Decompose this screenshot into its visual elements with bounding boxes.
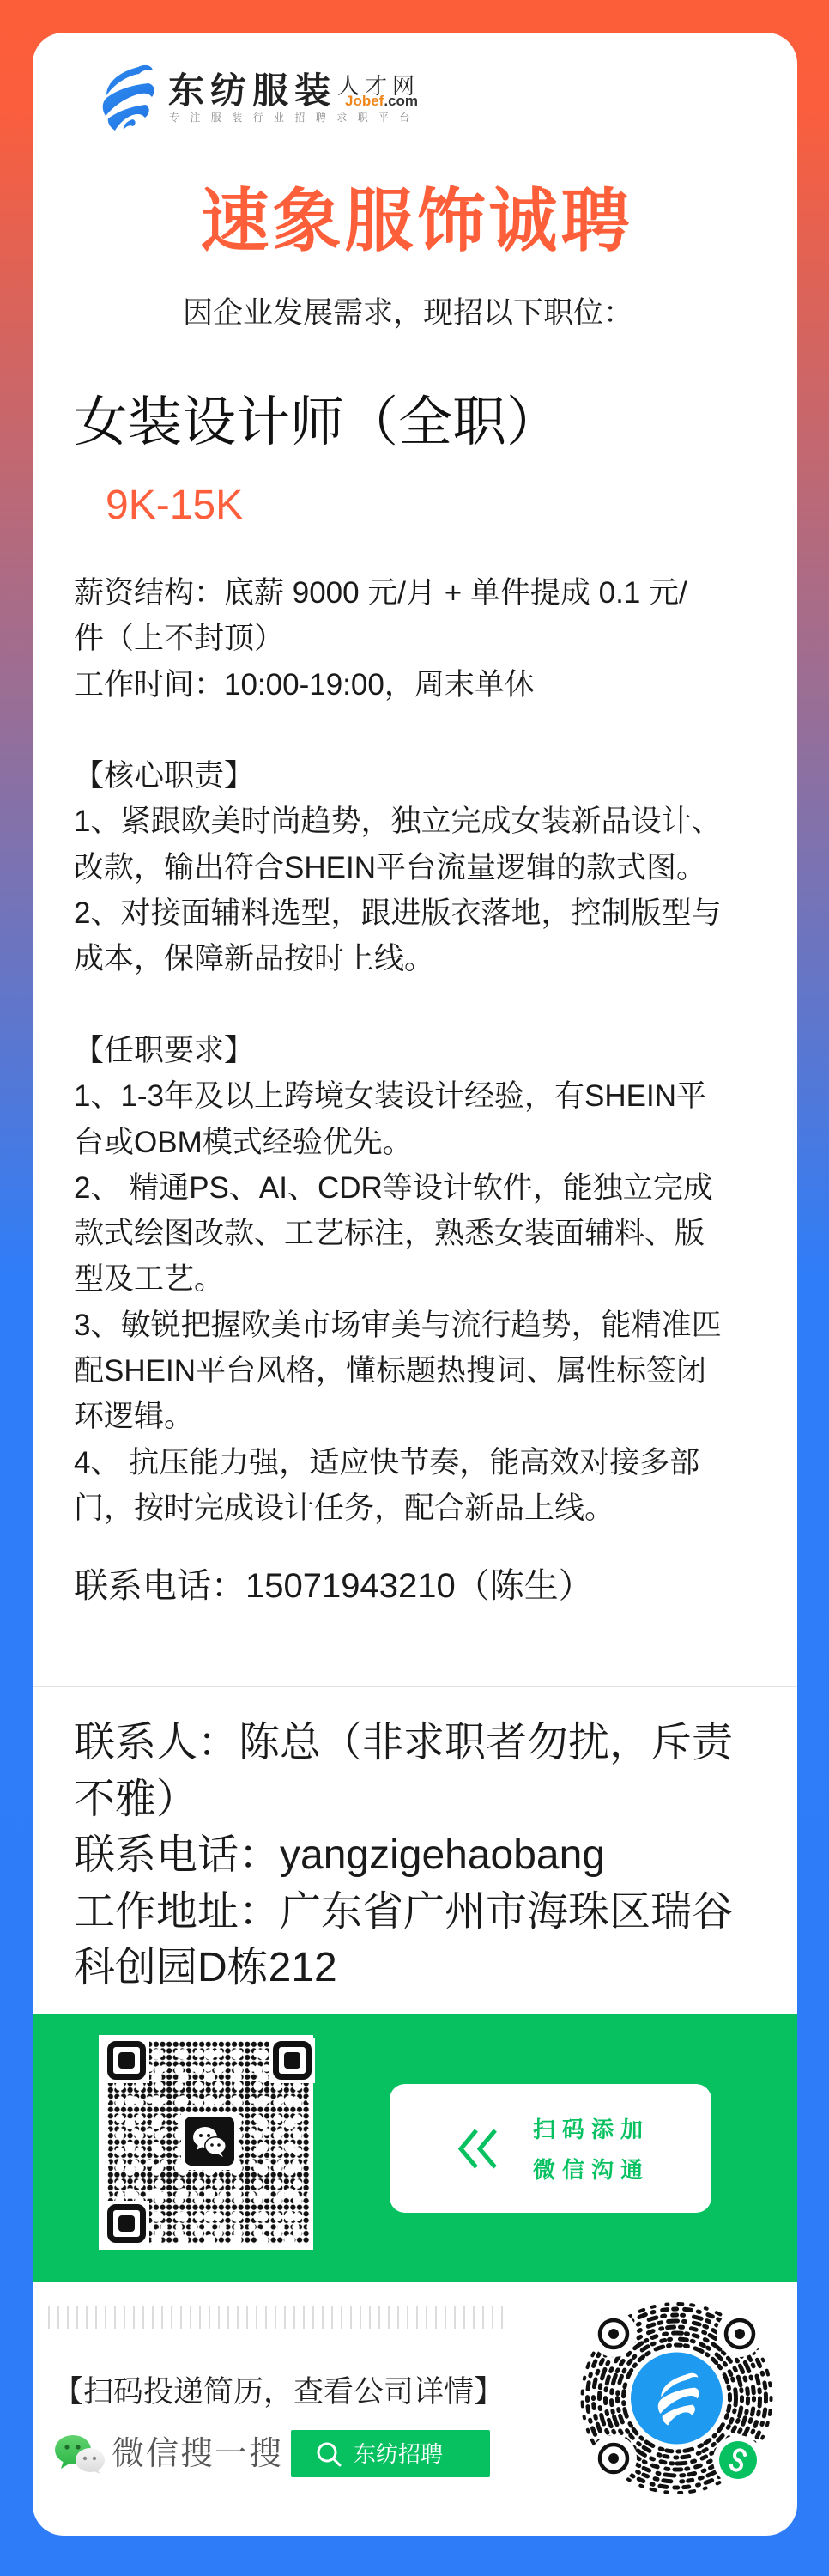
cta-line-1: 扫码添加 (533, 2110, 650, 2150)
double-chevron-left-icon (454, 2128, 501, 2170)
logo-domain-rest: .com (384, 93, 418, 109)
wechat-search-box[interactable]: 东纺招聘 (291, 2430, 490, 2477)
logo-domain-highlight: Jobef (345, 93, 384, 109)
spacer (74, 982, 721, 1028)
wechat-qr-code (99, 2035, 313, 2250)
wechat-contact-band: 扫码添加微信沟通 (33, 2014, 797, 2282)
logo-tagline: 专注服装行业招聘求职平台 (169, 112, 421, 124)
contact-person-line: 联系人：陈总（非求职者勿扰，斥责 (74, 1715, 733, 1771)
job-title: 女装设计师（全职） (74, 390, 560, 455)
duty-line: 2、对接面辅料选型，跟进版衣落地，控制版型与 (74, 890, 721, 936)
cta-line-2: 微信沟通 (533, 2150, 650, 2190)
search-icon (315, 2440, 342, 2468)
requirement-line: 3、敏锐把握欧美市场审美与流行趋势，能精准匹 (74, 1303, 721, 1348)
requirement-line: 1、1-3年及以上跨境女装设计经验，有SHEIN平 (74, 1073, 721, 1119)
wechat-search-label: 微信搜一搜 (112, 2434, 283, 2474)
duty-line: 改款，输出符合SHEIN平台流量逻辑的款式图。 (74, 845, 721, 890)
requirement-line: 门，按时完成设计任务，配合新品上线。 (74, 1485, 721, 1531)
requirement-line: 4、 抗压能力强，适应快节奏，能高效对接多部 (74, 1440, 721, 1485)
contact-phone-line: 联系电话：yangzigehaobang (74, 1827, 733, 1884)
requirements-heading: 【任职要求】 (74, 1028, 721, 1073)
duty-line: 1、紧跟欧美时尚趋势，独立完成女装新品设计、 (74, 799, 721, 844)
add-wechat-button[interactable]: 扫码添加微信沟通 (390, 2084, 711, 2213)
pay-line: 件（上不封顶） (74, 616, 721, 661)
qr-finder-bottom-left (104, 2201, 149, 2246)
requirement-line: 2、 精通PS、AI、CDR等设计软件，能独立完成 (74, 1165, 721, 1211)
jobef-globe-logo-icon (99, 64, 157, 131)
intro-text: 因企业发展需求，现招以下职位： (33, 295, 784, 331)
duty-line: 成本，保障新品按时上线。 (74, 936, 721, 981)
contact-info: 联系人：陈总（非求职者勿扰，斥责 不雅） 联系电话：yangzigehaoban… (74, 1715, 733, 1996)
work-address-line: 工作地址：广东省广州市海珠区瑞谷 (74, 1884, 733, 1941)
salary-range: 9K-15K (106, 481, 243, 531)
wechat-logo-tile (185, 2117, 234, 2166)
qr-center-logo (181, 2113, 238, 2170)
contact-person-line: 不雅） (74, 1771, 733, 1828)
requirement-line: 台或OBM模式经验优先。 (74, 1120, 721, 1165)
requirement-line: 环逻辑。 (74, 1394, 721, 1439)
spacer (74, 708, 721, 753)
pay-line: 薪资结构：底薪 9000 元/月 + 单件提成 0.1 元/ (74, 570, 721, 616)
qr-finder-top-left (104, 2038, 149, 2083)
section-divider (33, 1686, 797, 1687)
qr-finder-top-right (269, 2038, 315, 2083)
duties-heading: 【核心职责】 (74, 753, 721, 799)
decorative-stripes (48, 2306, 509, 2329)
job-description: 薪资结构：底薪 9000 元/月 + 单件提成 0.1 元/ 件（上不封顶） 工… (74, 570, 721, 1531)
cta-label: 扫码添加微信沟通 (533, 2110, 650, 2190)
job-phone-line: 联系电话：15071943210（陈生） (74, 1563, 593, 1609)
requirement-line: 配SHEIN平台风格，懂标题热搜词、属性标签闭 (74, 1348, 721, 1394)
scan-resume-text: 【扫码投递简历，查看公司详情】 (53, 2374, 504, 2410)
work-address-line: 科创园D栋212 (74, 1940, 733, 1996)
work-hours-line: 工作时间：10:00-19:00，周末单休 (74, 662, 721, 708)
wechat-mini-program-code (579, 2297, 777, 2496)
logo-brand-text: 东纺服装 (168, 73, 336, 109)
logo-domain: Jobef.com (345, 94, 418, 108)
requirement-line: 款式绘图改款、工艺标注，熟悉女装面辅料、版 (74, 1211, 721, 1256)
search-query-text: 东纺招聘 (354, 2441, 443, 2467)
company-title: 速象服饰诚聘 (33, 184, 797, 259)
requirement-line: 型及工艺。 (74, 1256, 721, 1302)
recruitment-poster-card: 东纺服装 人才网 Jobef.com 专注服装行业招聘求职平台 速象服饰诚聘 因… (33, 33, 797, 2536)
wechat-icon (53, 2434, 106, 2474)
wechat-bubbles-icon (185, 2117, 234, 2166)
